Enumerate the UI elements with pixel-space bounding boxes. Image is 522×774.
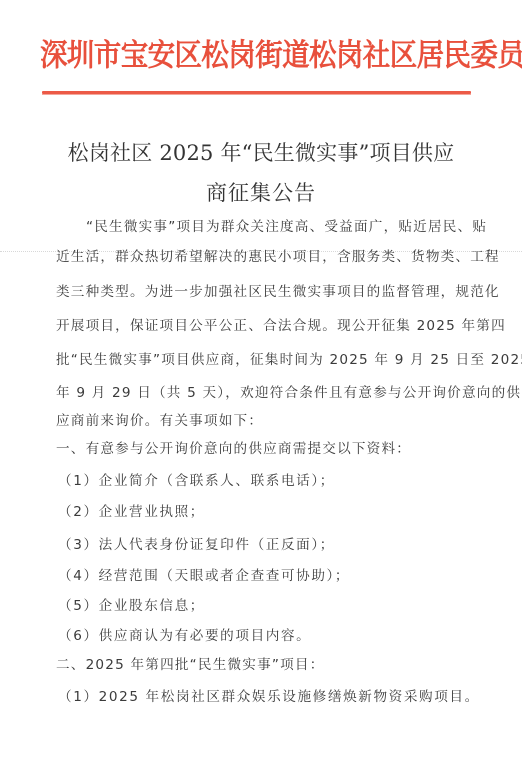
section-1-heading: 一、有意参与公开询价意向的供应商需提交以下资料： — [56, 439, 411, 459]
intro-paragraph-line: 类三种类型。为进一步加强社区民生微实事项目的监督管理，规范化 — [56, 282, 500, 302]
section-1-item: （1）企业简介（含联系人、联系电话）； — [58, 471, 335, 491]
section-1-item: （6）供应商认为有必要的项目内容。 — [58, 626, 311, 646]
section-1-item: （5）企业股东信息； — [58, 596, 205, 616]
section-1-item: （4）经营范围（天眼或者企查查可协助）； — [58, 566, 350, 586]
document-title-line-1: 松岗社区 2025 年“民生微实事”项目供应 — [20, 138, 502, 168]
intro-paragraph-line: 批“民生微实事”项目供应商，征集时间为 2025 年 9 月 25 日至 202… — [56, 350, 522, 370]
document-page: 深圳市宝安区松岗街道松岗社区居民委员会 松岗社区 2025 年“民生微实事”项目… — [0, 0, 522, 774]
intro-paragraph-line: 开展项目，保证项目公平公正、合法合规。现公开征集 2025 年第四 — [56, 316, 506, 336]
intro-paragraph-line: 应商前来询价。有关事项如下： — [56, 411, 263, 431]
intro-paragraph-line: 年 9 月 29 日（共 5 天），欢迎符合条件且有意参与公开询价意向的供 — [56, 383, 521, 403]
organization-letterhead: 深圳市宝安区松岗街道松岗社区居民委员会 — [40, 33, 472, 78]
document-title-line-2: 商征集公告 — [20, 178, 502, 208]
letterhead-red-divider — [42, 91, 471, 94]
section-2-item: （1）2025 年松岗社区群众娱乐设施修缮焕新物资采购项目。 — [58, 687, 480, 707]
section-2-heading: 二、2025 年第四批“民生微实事”项目： — [56, 655, 325, 675]
section-1-item: （3）法人代表身份证复印件（正反面）； — [58, 535, 335, 555]
intro-paragraph-line: 近生活，群众热切希望解决的惠民小项目，含服务类、货物类、工程 — [56, 247, 500, 267]
intro-paragraph-line: “民生微实事”项目为群众关注度高、受益面广，贴近居民、贴 — [86, 217, 487, 237]
section-1-item: （2）企业营业执照； — [58, 502, 205, 522]
